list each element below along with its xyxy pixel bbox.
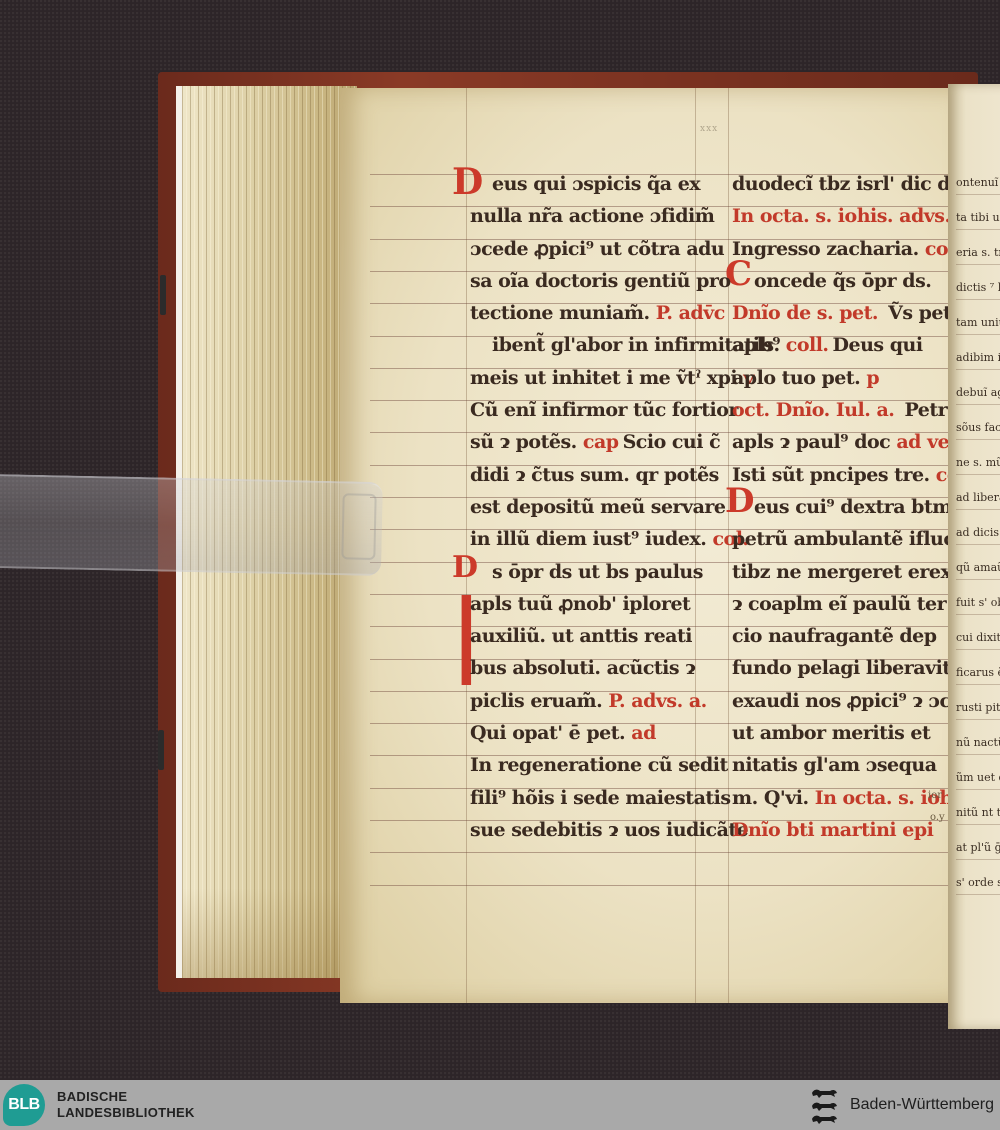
- line-text: Isti sũt pncipes tre.: [732, 464, 936, 486]
- rubric-text: cap: [583, 431, 619, 453]
- facing-page-line: ne s. mũ: [956, 456, 1000, 475]
- baden-wuerttemberg-logo[interactable]: Baden-Württemberg: [808, 1085, 994, 1125]
- rubric-text: Dnĩo de s. pet.: [732, 302, 884, 324]
- line-text: In regeneratione cũ sedit: [470, 754, 728, 776]
- facing-page-line: adibim illo: [956, 351, 1000, 370]
- line-text: fundo pelagi liberavit.: [732, 657, 957, 679]
- rubric-text: ad: [631, 722, 656, 744]
- blb-wordmark: BADISCHE LANDESBIBLIOTHEK: [57, 1089, 195, 1121]
- rubric-text: Dnĩo bti martini epi: [732, 819, 933, 841]
- marginal-note-1: ior: [928, 790, 942, 801]
- acrylic-page-weight: [0, 474, 383, 576]
- blb-badge-icon: BLB: [3, 1084, 45, 1126]
- facing-page-line: ficarus ẽr: [956, 666, 1000, 685]
- folio-mark: xxx: [700, 124, 718, 134]
- line-text: eus qui ɔspicis q̃a ex: [492, 173, 700, 195]
- rubric-text: In octa. s. iohis. advs. a.: [732, 205, 975, 227]
- line-text: bus absoluti. acũctis ɂ: [470, 657, 695, 679]
- facing-page-line: nũ nactũ et: [956, 736, 1000, 755]
- facing-page-recto-fragment: ontenuĩ pta tibi uenianeria s. tris audi…: [948, 84, 1000, 1029]
- three-lions-icon: [808, 1085, 840, 1125]
- line-text: fili⁹ hõis i sede maiestatis: [470, 787, 731, 809]
- facing-page-line: sõus facere: [956, 421, 1000, 440]
- facing-page-line: ta tibi uenian: [956, 211, 1000, 230]
- line-text: tectione muniam̃.: [470, 302, 656, 324]
- ruling-line: [370, 885, 952, 886]
- line-text: m. Q'vi.: [732, 787, 815, 809]
- line-text: est depositũ meũ servare: [470, 496, 726, 518]
- line-text: Qui opat' ē pet.: [470, 722, 631, 744]
- blb-line-2: LANDESBIBLIOTHEK: [57, 1105, 195, 1121]
- facing-page-line: tam uniũ bono: [956, 316, 1000, 335]
- line-text: s ōpr ds ut bs paulus: [492, 561, 703, 583]
- rubric-text: oct. Dnĩo. Iul. a.: [732, 399, 901, 421]
- line-text: nulla nr̃a actione ɔfidim̃: [470, 205, 714, 227]
- facing-page-line: dictis ⁷ hodie: [956, 281, 1000, 300]
- facing-page-line: nitũ nt tir: [956, 806, 1000, 825]
- line-text: oncede q̃s ōpr ds.: [754, 270, 931, 292]
- facing-page-line: ũm uet quip: [956, 771, 1000, 790]
- line-text: tibz ne mergeret erexit.: [732, 561, 972, 583]
- blb-line-1: BADISCHE: [57, 1089, 195, 1105]
- facing-page-line: s' orde stinũ: [956, 876, 1000, 895]
- facing-page-line: ad dicis horis: [956, 526, 1000, 545]
- blb-logo[interactable]: BLB BADISCHE LANDESBIBLIOTHEK: [3, 1084, 195, 1126]
- line-text: petrũ ambulantẽ ifluc: [732, 528, 954, 550]
- manuscript-image-viewer: xxx D D | C D eus qui ɔspicis q̃a exnull…: [0, 0, 1000, 1080]
- line-text: Ingresso zacharia.: [732, 238, 925, 260]
- ruling-line: [370, 852, 952, 853]
- clasp-lower: [158, 730, 164, 770]
- line-text: Cũ enĩ infirmor tũc fortior: [470, 399, 738, 421]
- line-text: Scio cui c̃: [623, 431, 721, 453]
- facing-page-line: cui dixit dic: [956, 631, 1000, 650]
- line-text: apls.: [732, 334, 786, 356]
- facing-page-line: qũ amaũ lignea: [956, 561, 1000, 580]
- line-text: sue sedebitis ɂ uos iudicãte: [470, 819, 748, 841]
- line-text: cio naufragantẽ dep: [732, 625, 937, 647]
- line-text: duodecĩ tbz isrl' dic dñs.: [732, 173, 980, 195]
- line-text: nitatis gl'am ɔsequa: [732, 754, 937, 776]
- rubric-text: P. advs. a.: [608, 690, 706, 712]
- manuscript-page-verso: xxx D D | C D eus qui ɔspicis q̃a exnull…: [340, 88, 952, 1003]
- line-text: ut ambor meritis et: [732, 722, 930, 744]
- line-text: ɔcede ꝓpici⁹ ut cõtra adu: [470, 238, 724, 260]
- line-text: apls tuũ ꝓnob' iploret: [470, 593, 690, 615]
- line-text: sa oĩa doctoris gentiũ pro: [470, 270, 731, 292]
- ruling-left: [466, 88, 467, 1003]
- marginal-note-2: o.y: [930, 812, 945, 823]
- facing-page-line: rusti pitũ: [956, 701, 1000, 720]
- line-text: in illũ diem iust⁹ iudex.: [470, 528, 712, 550]
- line-text: aplo tuo pet.: [732, 367, 866, 389]
- line-text: piclis eruam̃.: [470, 690, 608, 712]
- rubric-text: P. adv̄c: [656, 302, 725, 324]
- line-text: meis ut inhitet i me ṽtˀ xpi: [470, 367, 743, 389]
- line-text: eus cui⁹ dextra btm: [754, 496, 952, 518]
- footer-bar: BLB BADISCHE LANDESBIBLIOTHEK Baden-Würt…: [0, 1080, 1000, 1130]
- line-text: ɂ coaplm eĩ paulũ ter: [732, 593, 946, 615]
- line-text: auxiliũ. ut anttis reati: [470, 625, 692, 647]
- facing-page-line: fuit s' obs: [956, 596, 1000, 615]
- line-text: Deus qui: [833, 334, 923, 356]
- line-text: apls ɂ paul⁹ doc: [732, 431, 896, 453]
- facing-page-line: at pl'ũ ḡ aqu: [956, 841, 1000, 860]
- facing-page-line: eria s. tris au: [956, 246, 1000, 265]
- facing-page-line: ad liberare: [956, 491, 1000, 510]
- facing-page-line: debuĩ agde me: [956, 386, 1000, 405]
- line-text: sũ ɂ potẽs.: [470, 431, 583, 453]
- facing-page-line: ontenuĩ p: [956, 176, 1000, 195]
- clasp-upper: [160, 275, 166, 315]
- rubric-text: coll.: [786, 334, 829, 356]
- bw-wordmark: Baden-Württemberg: [850, 1096, 994, 1114]
- line-text: didi ɂ c̃tus sum. qr potẽs: [470, 464, 719, 486]
- rubric-text: p: [866, 367, 879, 389]
